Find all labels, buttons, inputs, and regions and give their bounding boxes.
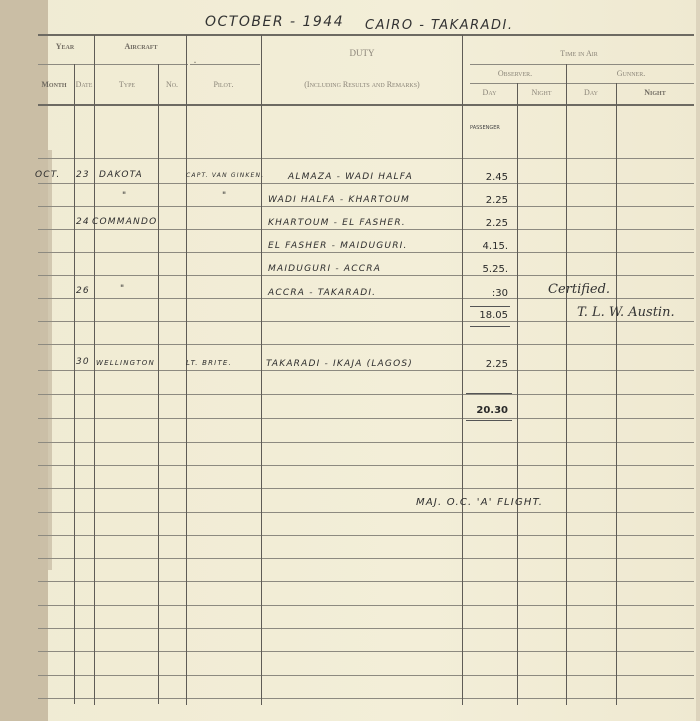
column-rule [261, 35, 262, 705]
header-rule [38, 64, 188, 65]
ruling-line [38, 675, 694, 676]
ruling-line [38, 581, 694, 582]
header-rule [470, 83, 694, 84]
ruling-line [38, 298, 694, 299]
ruling-line [38, 488, 694, 489]
ruling-line [38, 442, 694, 443]
header-blank: . [190, 56, 200, 65]
column-rule [186, 35, 187, 705]
entry-month: OCT. [35, 170, 60, 180]
ruling-line [38, 158, 694, 159]
header-top-rule [38, 34, 694, 36]
header-observer-night: Night [517, 88, 566, 97]
header-year: Year [40, 42, 90, 51]
header-aircraft: Aircraft [96, 42, 186, 51]
entry-observer-day: 5.25. [468, 264, 508, 275]
ruling-line [38, 370, 694, 371]
column-rule [158, 64, 159, 704]
page-edge [696, 0, 700, 721]
entry-type: DAKOTA [99, 170, 143, 180]
ruling-line [38, 418, 694, 419]
ruling-line [38, 275, 694, 276]
entry-type: " [122, 191, 127, 201]
entry-date: 24 [76, 217, 90, 227]
entry-date: 30 [76, 357, 90, 367]
header-gunner: Gunner. [568, 69, 694, 78]
signature-title: MAJ. O.C. 'A' FLIGHT. [416, 497, 543, 508]
ruling-line [38, 512, 694, 513]
entry-type: WELLINGTON [96, 359, 155, 367]
entry-type: " [120, 284, 125, 294]
certification-text: Certified. [548, 282, 610, 297]
page-title-month: OCTOBER - 1944 [205, 14, 344, 30]
ruling-line [38, 229, 694, 230]
ruling-line [38, 183, 694, 184]
entry-duty: TAKARADI - IKAJA (LAGOS) [266, 359, 413, 369]
header-no: No. [158, 80, 186, 89]
header-bottom-rule [38, 104, 694, 106]
entry-pilot: CAPT. VAN GINKEN. [186, 172, 264, 179]
ruling-line [38, 605, 694, 606]
ruling-line [38, 628, 694, 629]
certifier-signature: T. L. W. Austin. [577, 305, 675, 320]
total-rule [466, 420, 512, 421]
entry-pilot: LT. BRITE. [186, 359, 232, 367]
header-gunner-night: Night [616, 88, 694, 97]
column-rule [616, 83, 617, 705]
entry-date: 23 [76, 170, 90, 180]
ruling-line [38, 698, 694, 699]
entry-date: 26 [76, 286, 90, 296]
paper-stain [40, 150, 52, 570]
entry-duty: ALMAZA - WADI HALFA [288, 172, 413, 182]
entry-duty: EL FASHER - MAIDUGURI. [268, 241, 408, 251]
header-rule [190, 64, 260, 65]
ruling-line [38, 252, 694, 253]
total-rule [466, 393, 512, 394]
entry-observer-day: 4.15. [468, 241, 508, 252]
passenger-note: PASSENGER [470, 125, 500, 131]
entry-type: COMMANDO [92, 217, 157, 227]
entry-duty: WADI HALFA - KHARTOUM [268, 195, 410, 205]
header-pilot: Pilot. [186, 80, 261, 89]
ruling-line [38, 321, 694, 322]
ruling-line [38, 535, 694, 536]
entry-observer-day: 2.25 [468, 359, 508, 370]
total-observer-day: 20.30 [468, 405, 508, 416]
header-duty-sub: (Including Results and Remarks) [262, 80, 462, 89]
header-gunner-day: Day [566, 88, 616, 97]
ruling-line [38, 394, 694, 395]
entry-observer-day: 2.25 [468, 218, 508, 229]
header-duty: DUTY [262, 48, 462, 58]
header-time-in-air: Time in Air [464, 49, 694, 58]
header-observer-day: Day [462, 88, 517, 97]
ruling-line [38, 651, 694, 652]
header-month: Month [34, 80, 74, 89]
header-date: Date [74, 80, 94, 89]
entry-duty: MAIDUGURI - ACCRA [268, 264, 381, 274]
entry-pilot: " [222, 191, 227, 201]
entry-observer-day: 2.25 [468, 195, 508, 206]
header-type: Type [96, 80, 158, 89]
column-rule [94, 35, 95, 705]
column-rule [74, 64, 75, 704]
column-rule [566, 64, 567, 705]
ruling-line [38, 465, 694, 466]
header-rule [470, 64, 694, 65]
entry-duty: ACCRA - TAKARADI. [268, 288, 376, 298]
ruling-line [38, 206, 694, 207]
entry-duty: KHARTOUM - EL FASHER. [268, 218, 406, 228]
header-observer: Observer. [464, 69, 566, 78]
entry-observer-day: 2.45 [468, 172, 508, 183]
column-rule [462, 35, 463, 705]
ruling-line [38, 344, 694, 345]
page-title-route: CAIRO - TAKARADI. [365, 18, 514, 33]
subtotal-rule [470, 326, 510, 327]
ruling-line [38, 558, 694, 559]
subtotal-rule [470, 306, 510, 307]
subtotal-observer-day: 18.05 [468, 310, 508, 321]
column-rule [517, 83, 518, 705]
entry-observer-day: :30 [468, 288, 508, 299]
